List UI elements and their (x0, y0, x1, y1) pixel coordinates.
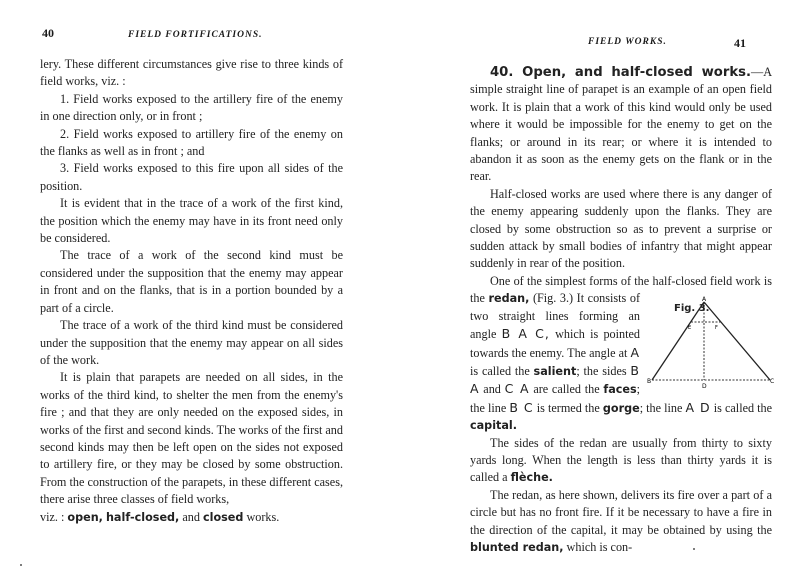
term-blunted-redan: blunted redan, (470, 541, 564, 554)
list-item: 3. Field works exposed to this fire upon… (40, 160, 343, 195)
term-closed: closed (203, 511, 243, 524)
section-title: 40. Open, and half-closed works. (490, 65, 751, 80)
text: The redan, as here shown, delivers its f… (470, 488, 772, 537)
term-redan: redan, (488, 292, 529, 305)
point-f-label: F (715, 325, 718, 331)
page-body: lery. These different circumstances give… (40, 56, 343, 526)
point-b-label: B (647, 378, 651, 385)
text: which is pointed towards the enemy. The … (470, 327, 640, 359)
paragraph: One of the simplest forms of the half-cl… (470, 273, 772, 435)
point-d-label: D (702, 383, 707, 390)
point-c-label: C (770, 378, 774, 385)
term-fleche: flèche. (511, 471, 553, 484)
text: —A simple straight line of parapet is an… (470, 65, 772, 183)
running-head: FIELD WORKS. (588, 37, 667, 47)
text: is called the (714, 401, 772, 415)
angle-bac: B A C, (502, 326, 550, 341)
page-number: 41 (734, 36, 746, 51)
paragraph: Half-closed works are used where there i… (470, 186, 772, 273)
text: and (182, 510, 200, 524)
term-half-closed: half-closed, (106, 511, 179, 524)
running-head: FIELD FORTIFICATIONS. (128, 30, 263, 40)
list-item: 1. Field works exposed to the artillery … (40, 91, 343, 126)
paragraph: The trace of a work of the second kind m… (40, 247, 343, 317)
paragraph: lery. These different circumstances give… (40, 56, 343, 91)
side-ca: C A (505, 381, 530, 396)
text: viz. : (40, 510, 64, 524)
point-a: A (630, 345, 640, 360)
left-page: 40 FIELD FORTIFICATIONS. lery. These dif… (0, 0, 405, 584)
text: is called the (470, 364, 530, 378)
line-bc: B C (509, 400, 533, 415)
term-open: open, (67, 511, 103, 524)
text: and (483, 382, 501, 396)
term-capital: capital. (470, 419, 517, 432)
paragraph: The trace of a work of the third kind mu… (40, 317, 343, 369)
figure-label: Fig. 3. (654, 300, 709, 317)
text: are called the (533, 382, 599, 396)
figure-3: A B C D E F Fig. 3. (646, 292, 776, 392)
paragraph-tail: viz. : open, half-closed, and closed wor… (40, 509, 343, 526)
scan-speck (20, 564, 22, 566)
page-number: 40 (42, 26, 54, 41)
term-gorge: gorge (603, 402, 640, 415)
paragraph: It is plain that parapets are needed on … (40, 369, 343, 508)
text: works. (246, 510, 279, 524)
book-spread: 40 FIELD FORTIFICATIONS. lery. These dif… (0, 0, 810, 584)
paragraph: The sides of the redan are usually from … (470, 435, 772, 487)
right-page: FIELD WORKS. 41 40. Open, and half-close… (405, 0, 810, 584)
text: ; the sides (576, 364, 626, 378)
term-salient: salient (534, 365, 577, 378)
page-body: 40. Open, and half-closed works.—A simpl… (470, 64, 772, 556)
scan-speck (693, 548, 695, 550)
point-e-label: E (688, 325, 691, 331)
text: is termed the (537, 401, 600, 415)
term-faces: faces (603, 383, 636, 396)
text: ; the line (640, 401, 683, 415)
paragraph: It is evident that in the trace of a wor… (40, 195, 343, 247)
paragraph: The redan, as here shown, delivers its f… (470, 487, 772, 557)
section-paragraph: 40. Open, and half-closed works.—A simpl… (470, 64, 772, 186)
text: which is con- (567, 540, 633, 554)
line-ad: A D (686, 400, 711, 415)
list-item: 2. Field works exposed to artillery fire… (40, 126, 343, 161)
